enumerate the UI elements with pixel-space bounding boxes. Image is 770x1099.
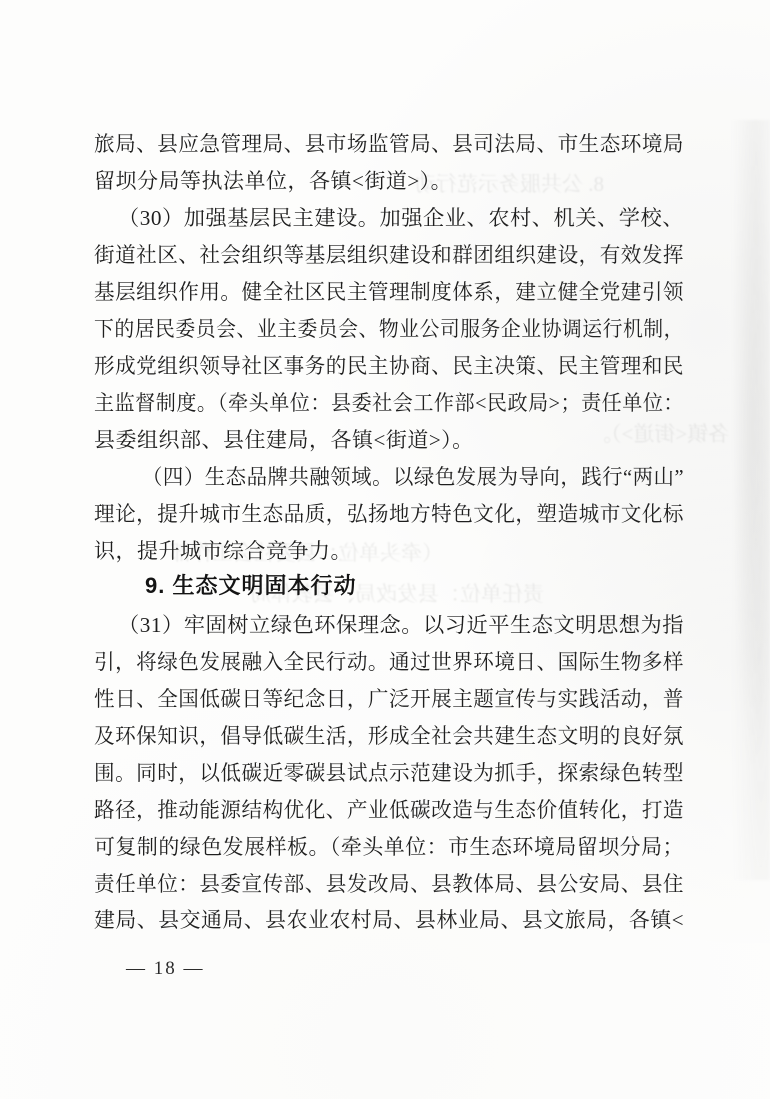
body-text-line: 街道社区、社会组织等基层组织建设和群团组织建设，有效发挥 <box>94 241 684 269</box>
body-text-line: （31）牢固树立绿色环保理念。以习近平生态文明思想为指 <box>118 611 684 639</box>
body-text-line: 性日、全国低碳日等纪念日，广泛开展主题宣传与实践活动，普 <box>94 685 684 713</box>
body-text-line: 责任单位：县委宣传部、县发改局、县教体局、县公安局、县住 <box>94 870 684 898</box>
body-text-line: 识，提升城市综合竞争力。 <box>94 537 352 565</box>
body-text-line: 基层组织作用。健全社区民主管理制度体系，建立健全党建引领 <box>94 278 684 306</box>
body-text-line: 建局、县交通局、县农业农村局、县林业局、县文旅局，各镇< <box>94 906 684 934</box>
body-text-line: 县委组织部、县住建局，各镇<街道>）。 <box>94 426 474 454</box>
body-text-line: 旅局、县应急管理局、县市场监管局、县司法局、市生态环境局 <box>94 130 684 158</box>
body-text-line: （30）加强基层民主建设。加强企业、农村、机关、学校、 <box>118 204 684 232</box>
body-text-line: 及环保知识，倡导低碳生活，形成全社会共建生态文明的良好氛 <box>94 722 684 750</box>
bleedthrough-text: 各镇<街道>）。 <box>590 418 729 448</box>
scan-edge-noise <box>725 120 770 880</box>
body-text-line: 引，将绿色发展融入全民行动。通过世界环境日、国际生物多样 <box>94 648 684 676</box>
body-text-line: 主监督制度。（牵头单位：县委社会工作部<民政局>；责任单位： <box>94 389 684 417</box>
body-text-line: 下的居民委员会、业主委员会、物业公司服务企业协调运行机制， <box>94 315 684 343</box>
body-text-line: 留坝分局等执法单位，各镇<街道>）。 <box>94 167 452 195</box>
body-text-line: 围。同时，以低碳近零碳县试点示范建设为抓手，探索绿色转型 <box>94 759 684 787</box>
body-text-line: 可复制的绿色发展样板。（牵头单位：市生态环境局留坝分局； <box>94 833 684 861</box>
body-text-line: 路径，推动能源结构优化、产业低碳改造与生态价值转化，打造 <box>94 796 684 824</box>
document-page: 8. 公共服务示范行动 各镇<街道>）。 （牵头单位：县委社会工作部 责任单位：… <box>0 0 770 1099</box>
section-9-heading: 9. 生态文明固本行动 <box>145 572 356 600</box>
page-number: — 18 — <box>126 958 205 980</box>
body-text-line: 形成党组织领导社区事务的民主协商、民主决策、民主管理和民 <box>94 352 684 380</box>
body-text-line: 理论，提升城市生态品质，弘扬地方特色文化，塑造城市文化标 <box>94 500 684 528</box>
body-text-line: （四）生态品牌共融领域。以绿色发展为导向，践行“两山” <box>142 463 684 491</box>
